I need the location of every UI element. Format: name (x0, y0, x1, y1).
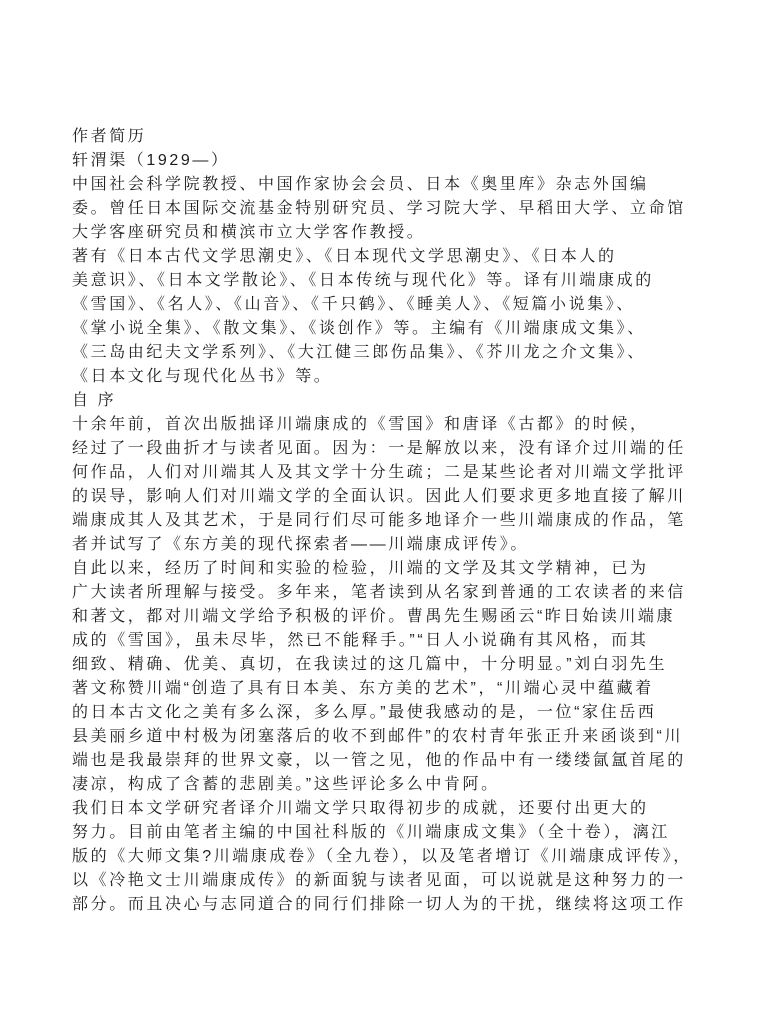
text-line: 县美丽乡道中村极为闭塞落后的收不到邮件”的农村青年张正升来函谈到“川 (72, 725, 722, 749)
text-line: 中国社会科学院教授、中国作家协会会员、日本《奥里库》杂志外国编 (72, 173, 722, 197)
text-line: 轩渭渠（1929—） (72, 149, 722, 173)
author-bio-section: 作者简历 轩渭渠（1929—）中国社会科学院教授、中国作家协会会员、日本《奥里库… (72, 125, 722, 389)
document-page: 作者简历 轩渭渠（1929—）中国社会科学院教授、中国作家协会会员、日本《奥里库… (0, 0, 768, 1024)
preface-heading: 自 序 (72, 389, 722, 413)
text-line: 著文称赞川端“创造了具有日本美、东方美的艺术”，“川端心灵中蕴藏着 (72, 677, 722, 701)
text-line: 的误导，影响人们对川端文学的全面认识。因此人们要求更多地直接了解川 (72, 485, 722, 509)
text-line: 部分。而且决心与志同道合的同行们排除一切人为的干扰，继续将这项工作 (72, 893, 722, 917)
text-line: 十余年前，首次出版拙译川端康成的《雪国》和唐译《古都》的时候， (72, 413, 722, 437)
preface-lines: 十余年前，首次出版拙译川端康成的《雪国》和唐译《古都》的时候，经过了一段曲折才与… (72, 413, 722, 917)
text-line: 大学客座研究员和横滨市立大学客作教授。 (72, 221, 722, 245)
text-line: 以《冷艳文士川端康成传》的新面貌与读者见面，可以说就是这种努力的一 (72, 869, 722, 893)
text-line: 细致、精确、优美、真切，在我读过的这几篇中，十分明显。”刘白羽先生 (72, 653, 722, 677)
text-line: 凄凉，构成了含蓄的悲剧美。”这些评论多么中肯阿。 (72, 773, 722, 797)
text-line: 努力。目前由笔者主编的中国社科版的《川端康成文集》（全十卷），漓江 (72, 821, 722, 845)
text-line: 端也是我最崇拜的世界文豪，以一管之见，他的作品中有一缕缕氤氲首尾的 (72, 749, 722, 773)
text-line: 何作品，人们对川端其人及其文学十分生疏；二是某些论者对川端文学批评 (72, 461, 722, 485)
text-block: 作者简历 轩渭渠（1929—）中国社会科学院教授、中国作家协会会员、日本《奥里库… (72, 125, 722, 917)
text-line: 我们日本文学研究者译介川端文学只取得初步的成就，还要付出更大的 (72, 797, 722, 821)
text-line: 和著文，都对川端文学给予积极的评价。曹禺先生赐函云“昨日始读川端康 (72, 605, 722, 629)
text-line: 著有《日本古代文学思潮史》、《日本现代文学思潮史》、《日本人的 (72, 245, 722, 269)
text-line: 《三岛由纪夫文学系列》、《大江健三郎伤品集》、《芥川龙之介文集》、 (72, 341, 722, 365)
text-line: 端康成其人及其艺术，于是同行们尽可能多地译介一些川端康成的作品，笔 (72, 509, 722, 533)
text-line: 成的《雪国》，虽未尽毕，然已不能释手。”“日人小说确有其风格，而其 (72, 629, 722, 653)
text-line: 委。曾任日本国际交流基金特别研究员、学习院大学、早稻田大学、立命馆 (72, 197, 722, 221)
author-bio-lines: 轩渭渠（1929—）中国社会科学院教授、中国作家协会会员、日本《奥里库》杂志外国… (72, 149, 722, 389)
text-line: 的日本古文化之美有多么深，多么厚。”最使我感动的是，一位“家住岳西 (72, 701, 722, 725)
text-line: 者并试写了《东方美的现代探索者——川端康成评传》。 (72, 533, 722, 557)
text-line: 广大读者所理解与接受。多年来，笔者读到从名家到普通的工农读者的来信 (72, 581, 722, 605)
text-line: 《日本文化与现代化丛书》等。 (72, 365, 722, 389)
author-bio-heading: 作者简历 (72, 125, 722, 149)
text-line: 《雪国》、《名人》、《山音》、《千只鹤》、《睡美人》、《短篇小说集》、 (72, 293, 722, 317)
text-line: 版的《大师文集?川端康成卷》（全九卷），以及笔者增订《川端康成评传》， (72, 845, 722, 869)
text-line: 经过了一段曲折才与读者见面。因为：一是解放以来，没有译介过川端的任 (72, 437, 722, 461)
preface-section: 自 序 十余年前，首次出版拙译川端康成的《雪国》和唐译《古都》的时候，经过了一段… (72, 389, 722, 917)
text-line: 《掌小说全集》、《散文集》、《谈创作》等。主编有《川端康成文集》、 (72, 317, 722, 341)
text-line: 美意识》、《日本文学散论》、《日本传统与现代化》等。译有川端康成的 (72, 269, 722, 293)
text-line: 自此以来，经历了时间和实验的检验，川端的文学及其文学精神，已为 (72, 557, 722, 581)
